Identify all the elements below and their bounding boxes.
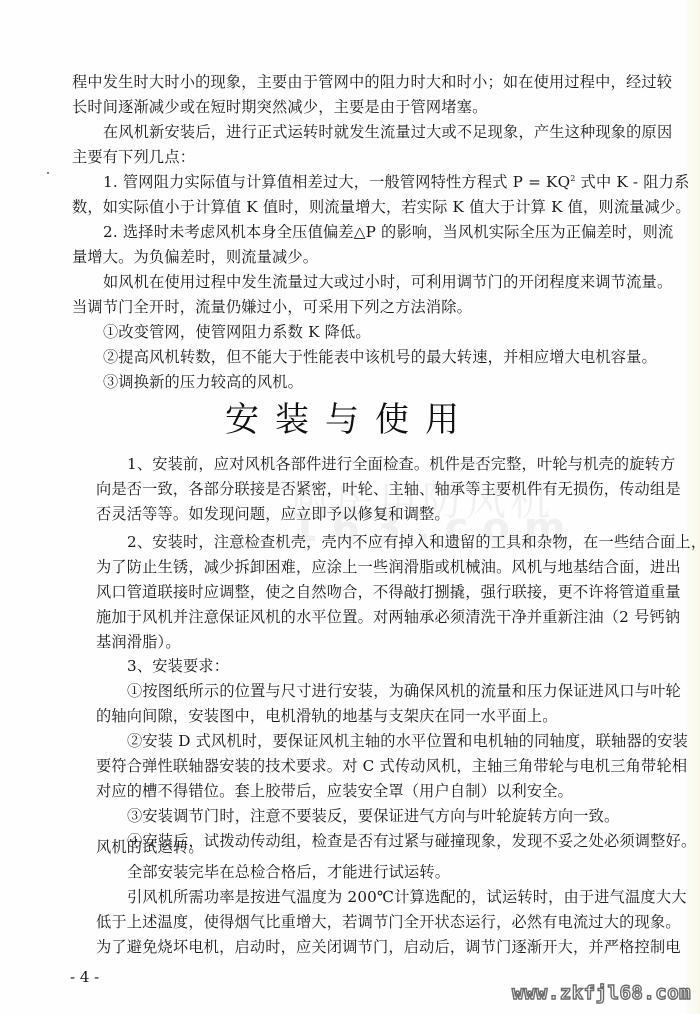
page-edge-shadow xyxy=(686,0,700,1014)
text-line: 数，如实际值小于计算值 K 值时，则流量增大，若实际 K 值大于计算 K 值，则… xyxy=(72,195,691,220)
paragraph-flow-variation: 程中发生时大时小的现象，主要由于管网中的阻力时大和时小；如在使用过程中，经过较 … xyxy=(72,70,672,120)
text-line: 低于上述温度，使得烟气比重增大，若调节门全开状态运行，必然有电流过大的现象。 xyxy=(96,910,687,935)
text-line: 否灵活等等。如发现问题，应立即予以修复和调整。 xyxy=(96,502,681,527)
text-line: 对应的槽不得错位。套上胶带后，应装安全罩（用户自制）以利安全。 xyxy=(96,779,696,804)
text-line: 如风机在使用过程中发生流量过大或过小时，可利用调节门的开闭程度来调节流量。 xyxy=(72,270,672,295)
paragraph-install-causes: 在风机新安装后，进行正式运转时就发生流量过大或不足现象，产生这种现象的原因 主要… xyxy=(72,120,672,170)
text-line: 向是否一致，各部分联接是否紧密，叶轮、主轴、轴承等主要机件有无损伤，传动组是 xyxy=(96,477,681,502)
text-line: 1. 管网阻力实际值与计算值相差过大，一般管网特性方程式 P = KQ2 式中 … xyxy=(72,170,691,195)
text-line: 在风机新安装后，进行正式运转时就发生流量过大或不足现象，产生这种现象的原因 xyxy=(72,120,672,145)
text-line: 为了防止生锈，减少拆卸困难，应涂上一些润滑脂或机械油。风机与地基结合面，进出 xyxy=(96,555,700,580)
text-line: 1、安装前，应对风机各部件进行全面检查。机件是否完整，叶轮与机壳的旋转方 xyxy=(96,452,681,477)
remedy-item: ②提高风机转数，但不能大于性能表中该机号的最大转速，并相应增大电机容量。 xyxy=(72,345,657,370)
text-line: 施加于风机并注意保证风机的水平位置。对两轴承必须清洗干净并重新注油（2 号钙钠 xyxy=(96,605,700,630)
formula-text-before: 1. 管网阻力实际值与计算值相差过大，一般管网特性方程式 P = KQ xyxy=(103,173,570,191)
install-item-3: 3、安装要求： ①按图纸所示的位置与尺寸进行安装，为确保风机的流量和压力保证进风… xyxy=(96,654,696,854)
remedy-item: ①改变管网，使管网阻力系数 K 降低。 xyxy=(72,320,657,345)
text-line: ①按图纸所示的位置与尺寸进行安装，为确保风机的流量和压力保证进风口与叶轮 xyxy=(96,679,696,704)
paragraph-cause-1: 1. 管网阻力实际值与计算值相差过大，一般管网特性方程式 P = KQ2 式中 … xyxy=(72,170,691,220)
item-heading: 3、安装要求： xyxy=(96,654,696,679)
text-line: 要符合弹性联轴器安装的技术要求。对 C 式传动风机，主轴三角带轮与电机三角带轮相 xyxy=(96,754,696,779)
text-line: 的轴向间隙，安装图中，电机滑轨的地基与支架庆在同一水平面上。 xyxy=(96,704,696,729)
text-line: 引风机所需功率是按进气温度为 200℃计算选配的，试运转时，由于进气温度大大 xyxy=(96,885,687,910)
text-line: ③安装调节门时，注意不要装反，要保证进气方向与叶轮旋转方向一致。 xyxy=(96,804,696,829)
text-line: 2、安装时，注意检查机壳，壳内不应有掉入和遗留的工具和杂物，在一些结合面上， xyxy=(96,530,700,555)
paragraph-cause-2: 2. 选择时未考虑风机本身全压值偏差△P 的影响，当风机实际全压为正偏差时，则流… xyxy=(72,220,673,270)
text-line: 当调节门全开时，流量仍嫌过小，可采用下列之方法消除。 xyxy=(72,295,672,320)
document-page: 厨房用防风机 163.com 程中发生时大时小的现象，主要由于管网中的阻力时大和… xyxy=(0,0,700,1014)
section-title: 安装与使用 xyxy=(0,392,700,441)
install-item-1: 1、安装前，应对风机各部件进行全面检查。机件是否完整，叶轮与机壳的旋转方 向是否… xyxy=(96,452,681,527)
site-watermark: www.zkfjl68.com xyxy=(512,982,691,1004)
text-line: 2. 选择时未考虑风机本身全压值偏差△P 的影响，当风机实际全压为正偏差时，则流 xyxy=(72,220,673,245)
text-line: 基润滑脂）。 xyxy=(96,630,700,655)
install-item-2: 2、安装时，注意检查机壳，壳内不应有掉入和遗留的工具和杂物，在一些结合面上， 为… xyxy=(96,530,700,655)
text-line: 量增大。为负偏差时，则流量减少。 xyxy=(72,245,673,270)
subsection-heading: 风机的试运转。 xyxy=(96,835,687,860)
scan-speck xyxy=(47,172,49,174)
text-line: 全部安装完毕在总检合格后，才能进行试运转。 xyxy=(96,860,687,885)
text-line: 主要有下列几点： xyxy=(72,145,672,170)
page-number: - 4 - xyxy=(70,968,99,986)
formula-text-after: 式中 K - 阻力系 xyxy=(576,173,690,191)
text-line: 为了避免烧坏电机，启动时，应关闭调节门，启动后，调节门逐渐开大，并严格控制电 xyxy=(96,935,687,960)
trial-run-section: 风机的试运转。 全部安装完毕在总检合格后，才能进行试运转。 引风机所需功率是按进… xyxy=(96,835,687,960)
remedy-list: ①改变管网，使管网阻力系数 K 降低。 ②提高风机转数，但不能大于性能表中该机号… xyxy=(72,320,657,395)
text-line: ②安装 D 式风机时，要保证风机主轴的水平位置和电机轴的同轴度，联轴器的安装 xyxy=(96,729,696,754)
text-line: 风口管道联接时应调整，使之自然吻合，不得敲打捌撬，强行联接，更不许将管道重量 xyxy=(96,580,700,605)
text-line: 长时间逐渐减少或在短时期突然减少，主要是由于管网堵塞。 xyxy=(72,95,672,120)
text-line: 程中发生时大时小的现象，主要由于管网中的阻力时大和时小；如在使用过程中，经过较 xyxy=(72,70,672,95)
paragraph-damper-adjust: 如风机在使用过程中发生流量过大或过小时，可利用调节门的开闭程度来调节流量。 当调… xyxy=(72,270,672,320)
